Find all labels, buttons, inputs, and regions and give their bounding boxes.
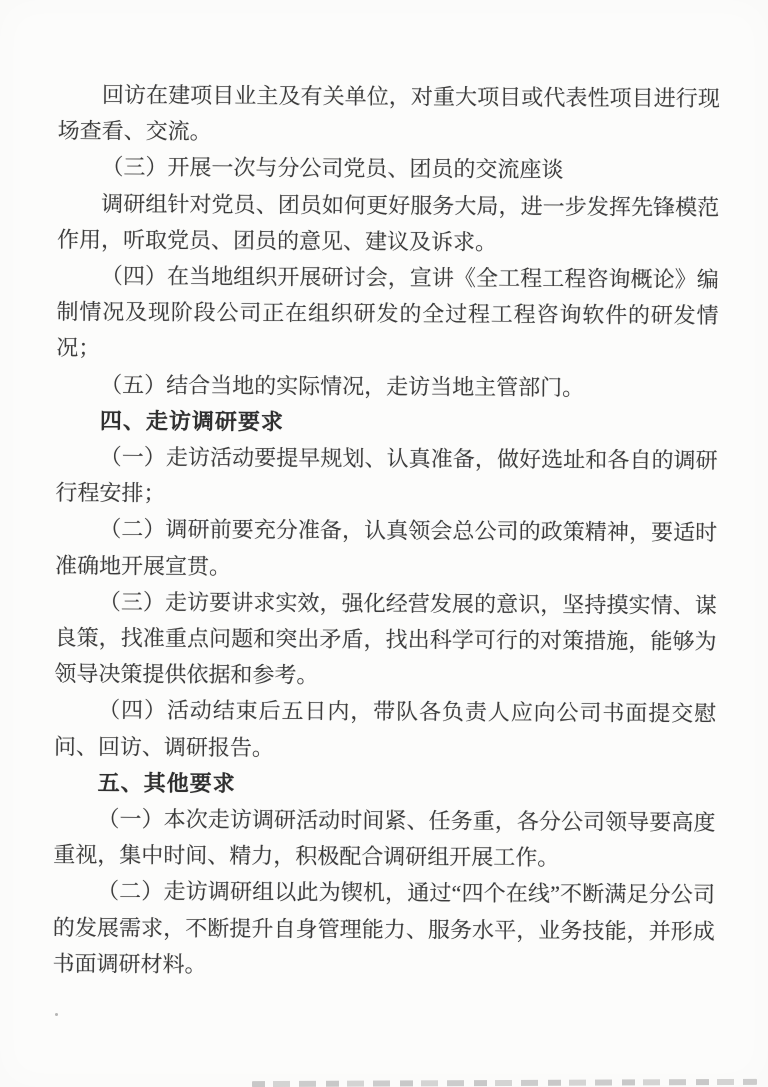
paragraph: （一）走访活动要提早规划、认真准备，做好选址和各自的调研行程安排；: [55, 439, 717, 515]
paragraph: （三）开展一次与分公司党员、团员的交流座谈: [57, 149, 719, 189]
section-heading: 五、其他要求: [54, 765, 716, 805]
paragraph: （二）调研前要充分准备，认真领会总公司的政策精神，要适时准确地开展宣贯。: [55, 511, 717, 587]
bottom-cutoff-text-artifact: [252, 1079, 757, 1087]
paragraph: （三）走访要讲求实效，强化经营发展的意识，坚持摸实情、谋良策，找准重点问题和突出…: [54, 584, 717, 697]
section-heading: 四、走访调研要求: [56, 403, 718, 443]
document-body: 回访在建项目业主及有关单位，对重大项目或代表性项目进行现场查看、交流。（三）开展…: [52, 77, 720, 986]
paragraph: （四）在当地组织开展研讨会，宣讲《全工程工程咨询概论》编制情况及现阶段公司正在组…: [56, 258, 719, 371]
paragraph: （四）活动结束后五日内，带队各负责人应向公司书面提交慰问、回访、调研报告。: [54, 692, 716, 768]
paragraph: 回访在建项目业主及有关单位，对重大项目或代表性项目进行现场查看、交流。: [58, 77, 720, 153]
paragraph: （一）本次走访调研活动时间紧、任务重，各分公司领导要高度重视，集中时间、精力，积…: [53, 801, 715, 877]
paragraph: （五）结合当地的实际情况，走访当地主管部门。: [56, 367, 718, 407]
scanned-document-page: 回访在建项目业主及有关单位，对重大项目或代表性项目进行现场查看、交流。（三）开展…: [0, 0, 768, 1087]
paragraph: 调研组针对党员、团员如何更好服务大局，进一步发挥先锋模范作用，听取党员、团员的意…: [57, 186, 719, 262]
scan-speck-artifact: [55, 1013, 58, 1016]
paragraph: （二）走访调研组以此为锲机，通过“四个在线”不断满足分公司的发展需求，不断提升自…: [52, 873, 715, 986]
